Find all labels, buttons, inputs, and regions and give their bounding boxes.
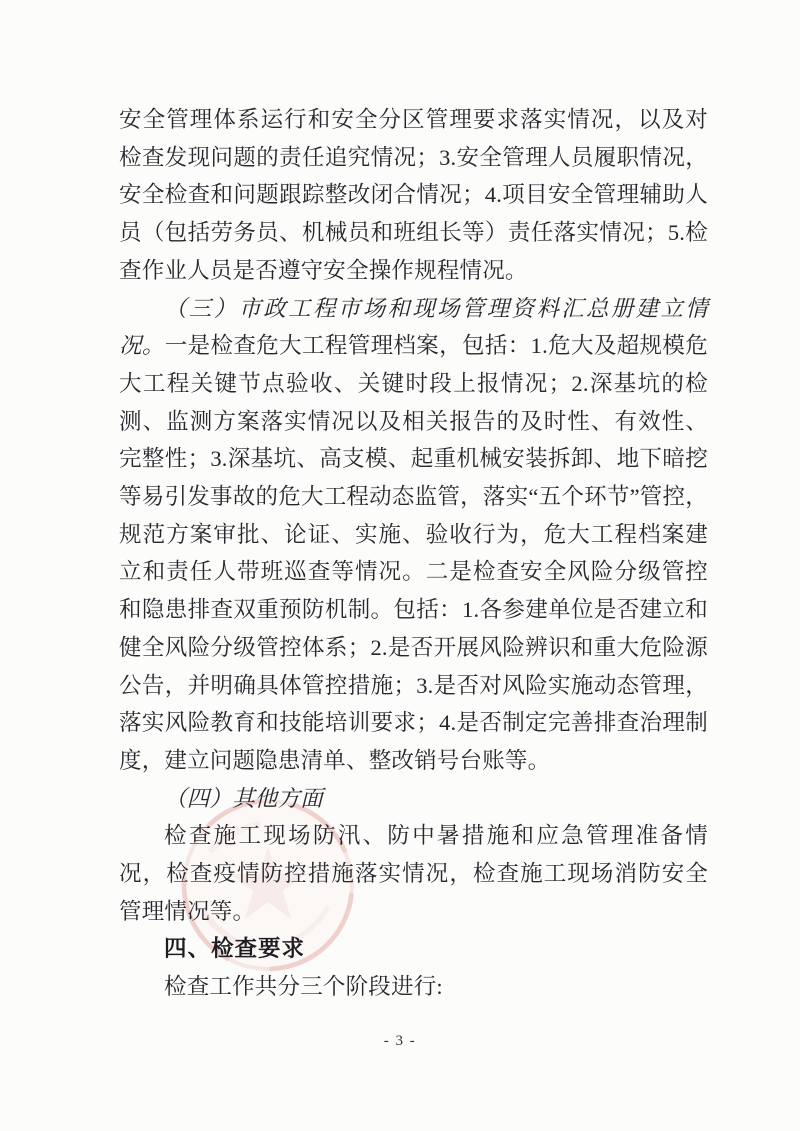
paragraph-inspection-phases: 检查工作共分三个阶段进行: bbox=[119, 968, 708, 1006]
heading-part-four-requirements: 四、检查要求 bbox=[119, 930, 708, 968]
document-page: 安全管理体系运行和安全分区管理要求落实情况，以及对检查发现问题的责任追究情况；3… bbox=[0, 0, 800, 1131]
section-4-body: 检查施工现场防汛、防中暑措施和应急管理准备情况，检查疫情防控措施落实情况，检查施… bbox=[119, 817, 708, 930]
section-3-body: 一是检查危大工程管理档案，包括：1.危大及超规模危大工程关键节点验收、关键时段上… bbox=[119, 333, 708, 773]
page-number: - 3 - bbox=[0, 1033, 800, 1050]
document-body: 安全管理体系运行和安全分区管理要求落实情况，以及对检查发现问题的责任追究情况；3… bbox=[119, 101, 708, 1006]
section-4-heading: （四）其他方面 bbox=[119, 780, 708, 818]
paragraph-continuation: 安全管理体系运行和安全分区管理要求落实情况，以及对检查发现问题的责任追究情况；3… bbox=[119, 101, 708, 290]
paragraph-section-3: （三）市政工程市场和现场管理资料汇总册建立情况。一是检查危大工程管理档案，包括：… bbox=[119, 290, 708, 780]
